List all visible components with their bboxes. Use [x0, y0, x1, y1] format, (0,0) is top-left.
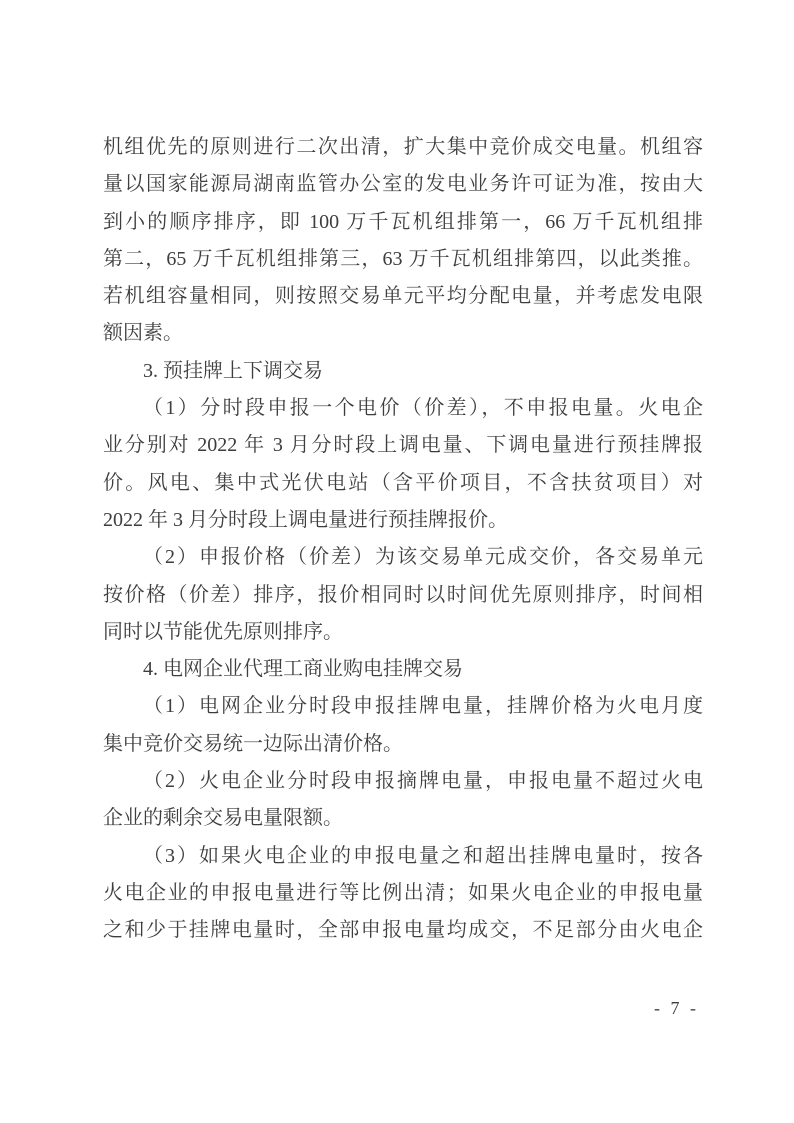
text-line: 同时以节能优先原则排序。 [103, 614, 703, 651]
text-line: （1）分时段申报一个电价（价差），不申报电量。火电企 [103, 390, 703, 427]
text-line: 业分别对 2022 年 3 月分时段上调电量、下调电量进行预挂牌报 [103, 427, 703, 464]
text-line: 按价格（价差）排序，报价相同时以时间优先原则排序，时间相 [103, 577, 703, 614]
document-page: 机组优先的原则进行二次出清，扩大集中竞价成交电量。机组容量以国家能源局湖南监管办… [0, 0, 794, 1123]
text-line: （2）申报价格（价差）为该交易单元成交价，各交易单元 [103, 539, 703, 576]
text-line: 额因素。 [103, 315, 703, 352]
text-line: 3. 预挂牌上下调交易 [103, 353, 703, 390]
text-line: 价。风电、集中式光伏电站（含平价项目，不含扶贫项目）对 [103, 465, 703, 502]
text-line: （3）如果火电企业的申报电量之和超出挂牌电量时，按各 [103, 838, 703, 875]
text-line: 若机组容量相同，则按照交易单元平均分配电量，并考虑发电限 [103, 278, 703, 315]
text-line: 企业的剩余交易电量限额。 [103, 800, 703, 837]
text-line: （1）电网企业分时段申报挂牌电量，挂牌价格为火电月度 [103, 688, 703, 725]
text-line: （2）火电企业分时段申报摘牌电量，申报电量不超过火电 [103, 763, 703, 800]
text-line: 火电企业的申报电量进行等比例出清；如果火电企业的申报电量 [103, 875, 703, 912]
text-line: 4. 电网企业代理工商业购电挂牌交易 [103, 651, 703, 688]
text-line: 第二，65 万千瓦机组排第三，63 万千瓦机组排第四，以此类推。 [103, 241, 703, 278]
text-line: 集中竞价交易统一边际出清价格。 [103, 726, 703, 763]
text-line: 之和少于挂牌电量时，全部申报电量均成交，不足部分由火电企 [103, 912, 703, 949]
text-line: 量以国家能源局湖南监管办公室的发电业务许可证为准，按由大 [103, 166, 703, 203]
text-line: 机组优先的原则进行二次出清，扩大集中竞价成交电量。机组容 [103, 129, 703, 166]
text-line: 2022 年 3 月分时段上调电量进行预挂牌报价。 [103, 502, 703, 539]
page-number: - 7 - [654, 997, 699, 1019]
document-body: 机组优先的原则进行二次出清，扩大集中竞价成交电量。机组容量以国家能源局湖南监管办… [103, 129, 703, 950]
text-line: 到小的顺序排序，即 100 万千瓦机组排第一，66 万千瓦机组排 [103, 204, 703, 241]
